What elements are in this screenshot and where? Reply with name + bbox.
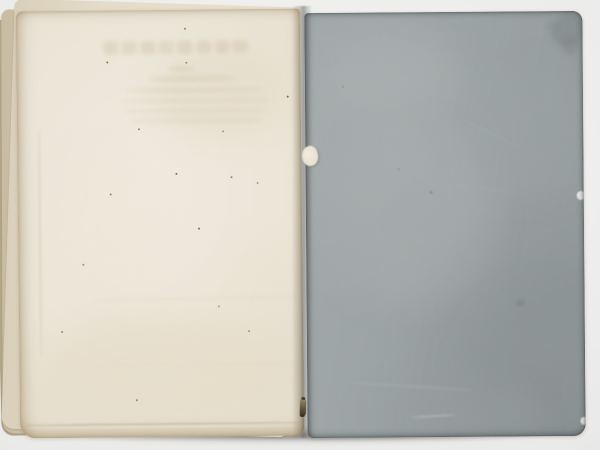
photo-vignette: [0, 0, 600, 450]
photograph-open-booklet: [0, 0, 600, 450]
